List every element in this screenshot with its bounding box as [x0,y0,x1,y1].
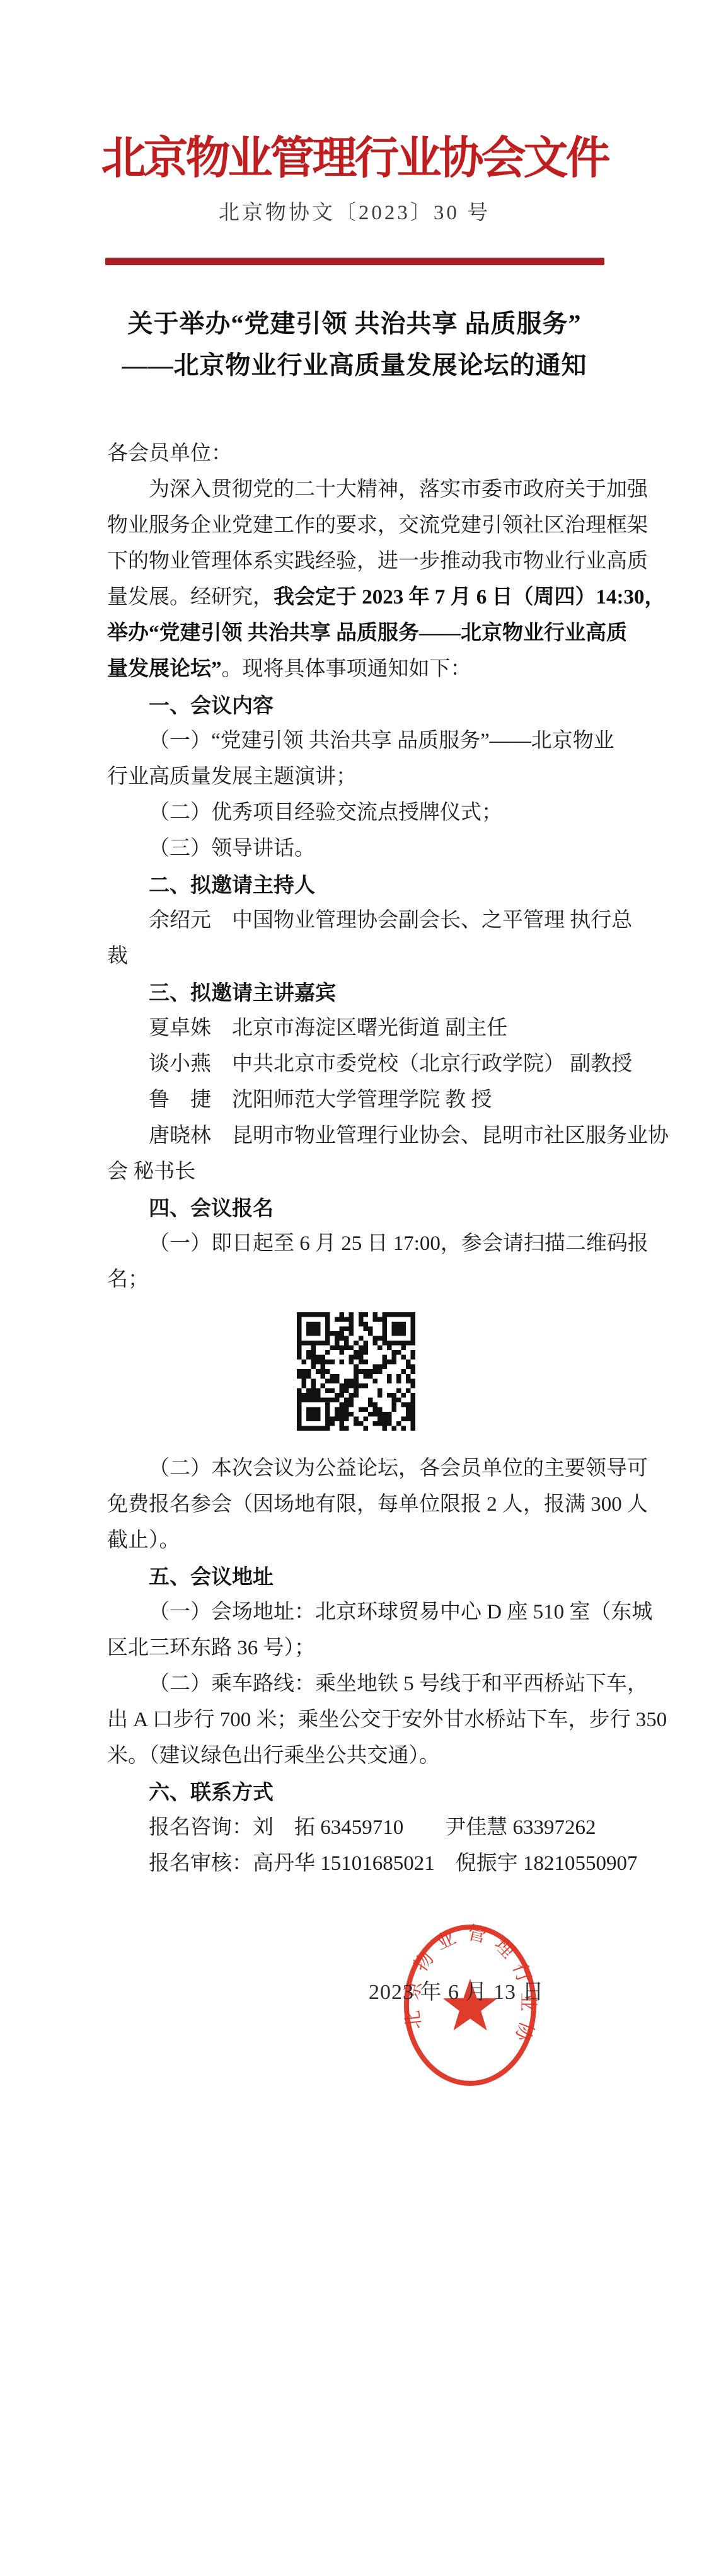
issue-date: 2023 年 6 月 13 日 [369,1974,558,2005]
section-heading-4: 四、会议报名 [107,1190,605,1226]
body-line: 米。（建议绿色出行乘坐公共交通）。 [107,1738,605,1774]
guest-line: 鲁 捷 沈阳师范大学管理学院 教 授 [107,1082,605,1118]
host-line: 裁 [107,939,605,975]
body-line: 物业服务企业党建工作的要求，交流党建引领社区治理框架 [107,508,605,544]
body-line: 举办“党建引领 共治共享 品质服务——北京物业行业高质 [107,615,605,651]
section-heading-3: 三、拟邀请主讲嘉宾 [107,975,605,1010]
contact-line: 报名审核：高丹华 15101685021 倪振宇 18210550907 [107,1846,605,1882]
body-line: （一）即日起至 6 月 25 日 17:00，参会请扫描二维码报 [107,1226,605,1262]
body-line: 量发展。经研究，我会定于 2023 年 7 月 6 日（周四）14:30， [107,580,605,615]
section-heading-5: 五、会议地址 [107,1559,605,1594]
body-line: 名； [107,1262,605,1298]
body-line: 行业高质量发展主题演讲； [107,759,605,795]
body-line: （二）本次会议为公益论坛，各会员单位的主要领导可 [107,1451,605,1487]
body-line: （一）“党建引领 共治共享 品质服务”——北京物业 [107,723,605,759]
body-line: 免费报名参会（因场地有限，每单位限报 2 人，报满 300 人 [107,1487,605,1523]
body-line: 下的物业管理体系实践经验，进一步推动我市物业行业高质 [107,544,605,580]
document-body: 各会员单位： 为深入贯彻党的二十大精神，落实市委市政府关于加强 物业服务企业党建… [107,436,605,1882]
salutation: 各会员单位： [107,436,605,472]
contact-line: 报名咨询：刘 拓 63459710 尹佳慧 63397262 [107,1810,605,1846]
host-line: 余绍元 中国物业管理协会副会长、之平管理 执行总 [107,903,605,939]
section-heading-2: 二、拟邀请主持人 [107,867,605,903]
guest-line: 夏卓姝 北京市海淀区曙光街道 副主任 [107,1010,605,1046]
document-page: 北京物业管理行业协会文件 北京物协文〔2023〕30 号 关于举办“党建引领 共… [0,0,709,2576]
body-line: 出 A 口步行 700 米；乘坐公交于安外甘水桥站下车，步行 350 [107,1702,605,1738]
body-line: 量发展论坛”。现将具体事项通知如下： [107,651,605,687]
body-line: 截止）。 [107,1523,605,1559]
section-heading-1: 一、会议内容 [107,687,605,723]
org-title: 北京物业管理行业协会文件 [0,134,709,184]
section-heading-6: 六、联系方式 [107,1774,605,1810]
doc-number: 北京物协文〔2023〕30 号 [0,199,709,227]
guest-line: 会 秘书长 [107,1154,605,1190]
body-line: （一）会场地址：北京环球贸易中心 D 座 510 室（东城 [107,1594,605,1630]
guest-line: 谈小燕 中共北京市委党校（北京行政学院） 副教授 [107,1046,605,1082]
official-seal: 北京物业管理行业协会 [403,1923,538,2087]
body-line: （三）领导讲话。 [107,831,605,867]
body-line: （二）优秀项目经验交流点授牌仪式； [107,795,605,831]
red-header-rule [105,258,604,265]
doc-title-line1: 关于举办“党建引领 共治共享 品质服务” [0,309,709,339]
registration-qr-code [107,1312,605,1431]
body-line: （二）乘车路线：乘坐地铁 5 号线于和平西桥站下车， [107,1666,605,1702]
body-line: 区北三环东路 36 号）； [107,1630,605,1666]
doc-title-line2: ——北京物业行业高质量发展论坛的通知 [0,350,709,381]
guest-line: 唐晓林 昆明市物业管理行业协会、昆明市社区服务业协 [107,1118,605,1154]
body-line: 为深入贯彻党的二十大精神，落实市委市政府关于加强 [107,472,605,508]
